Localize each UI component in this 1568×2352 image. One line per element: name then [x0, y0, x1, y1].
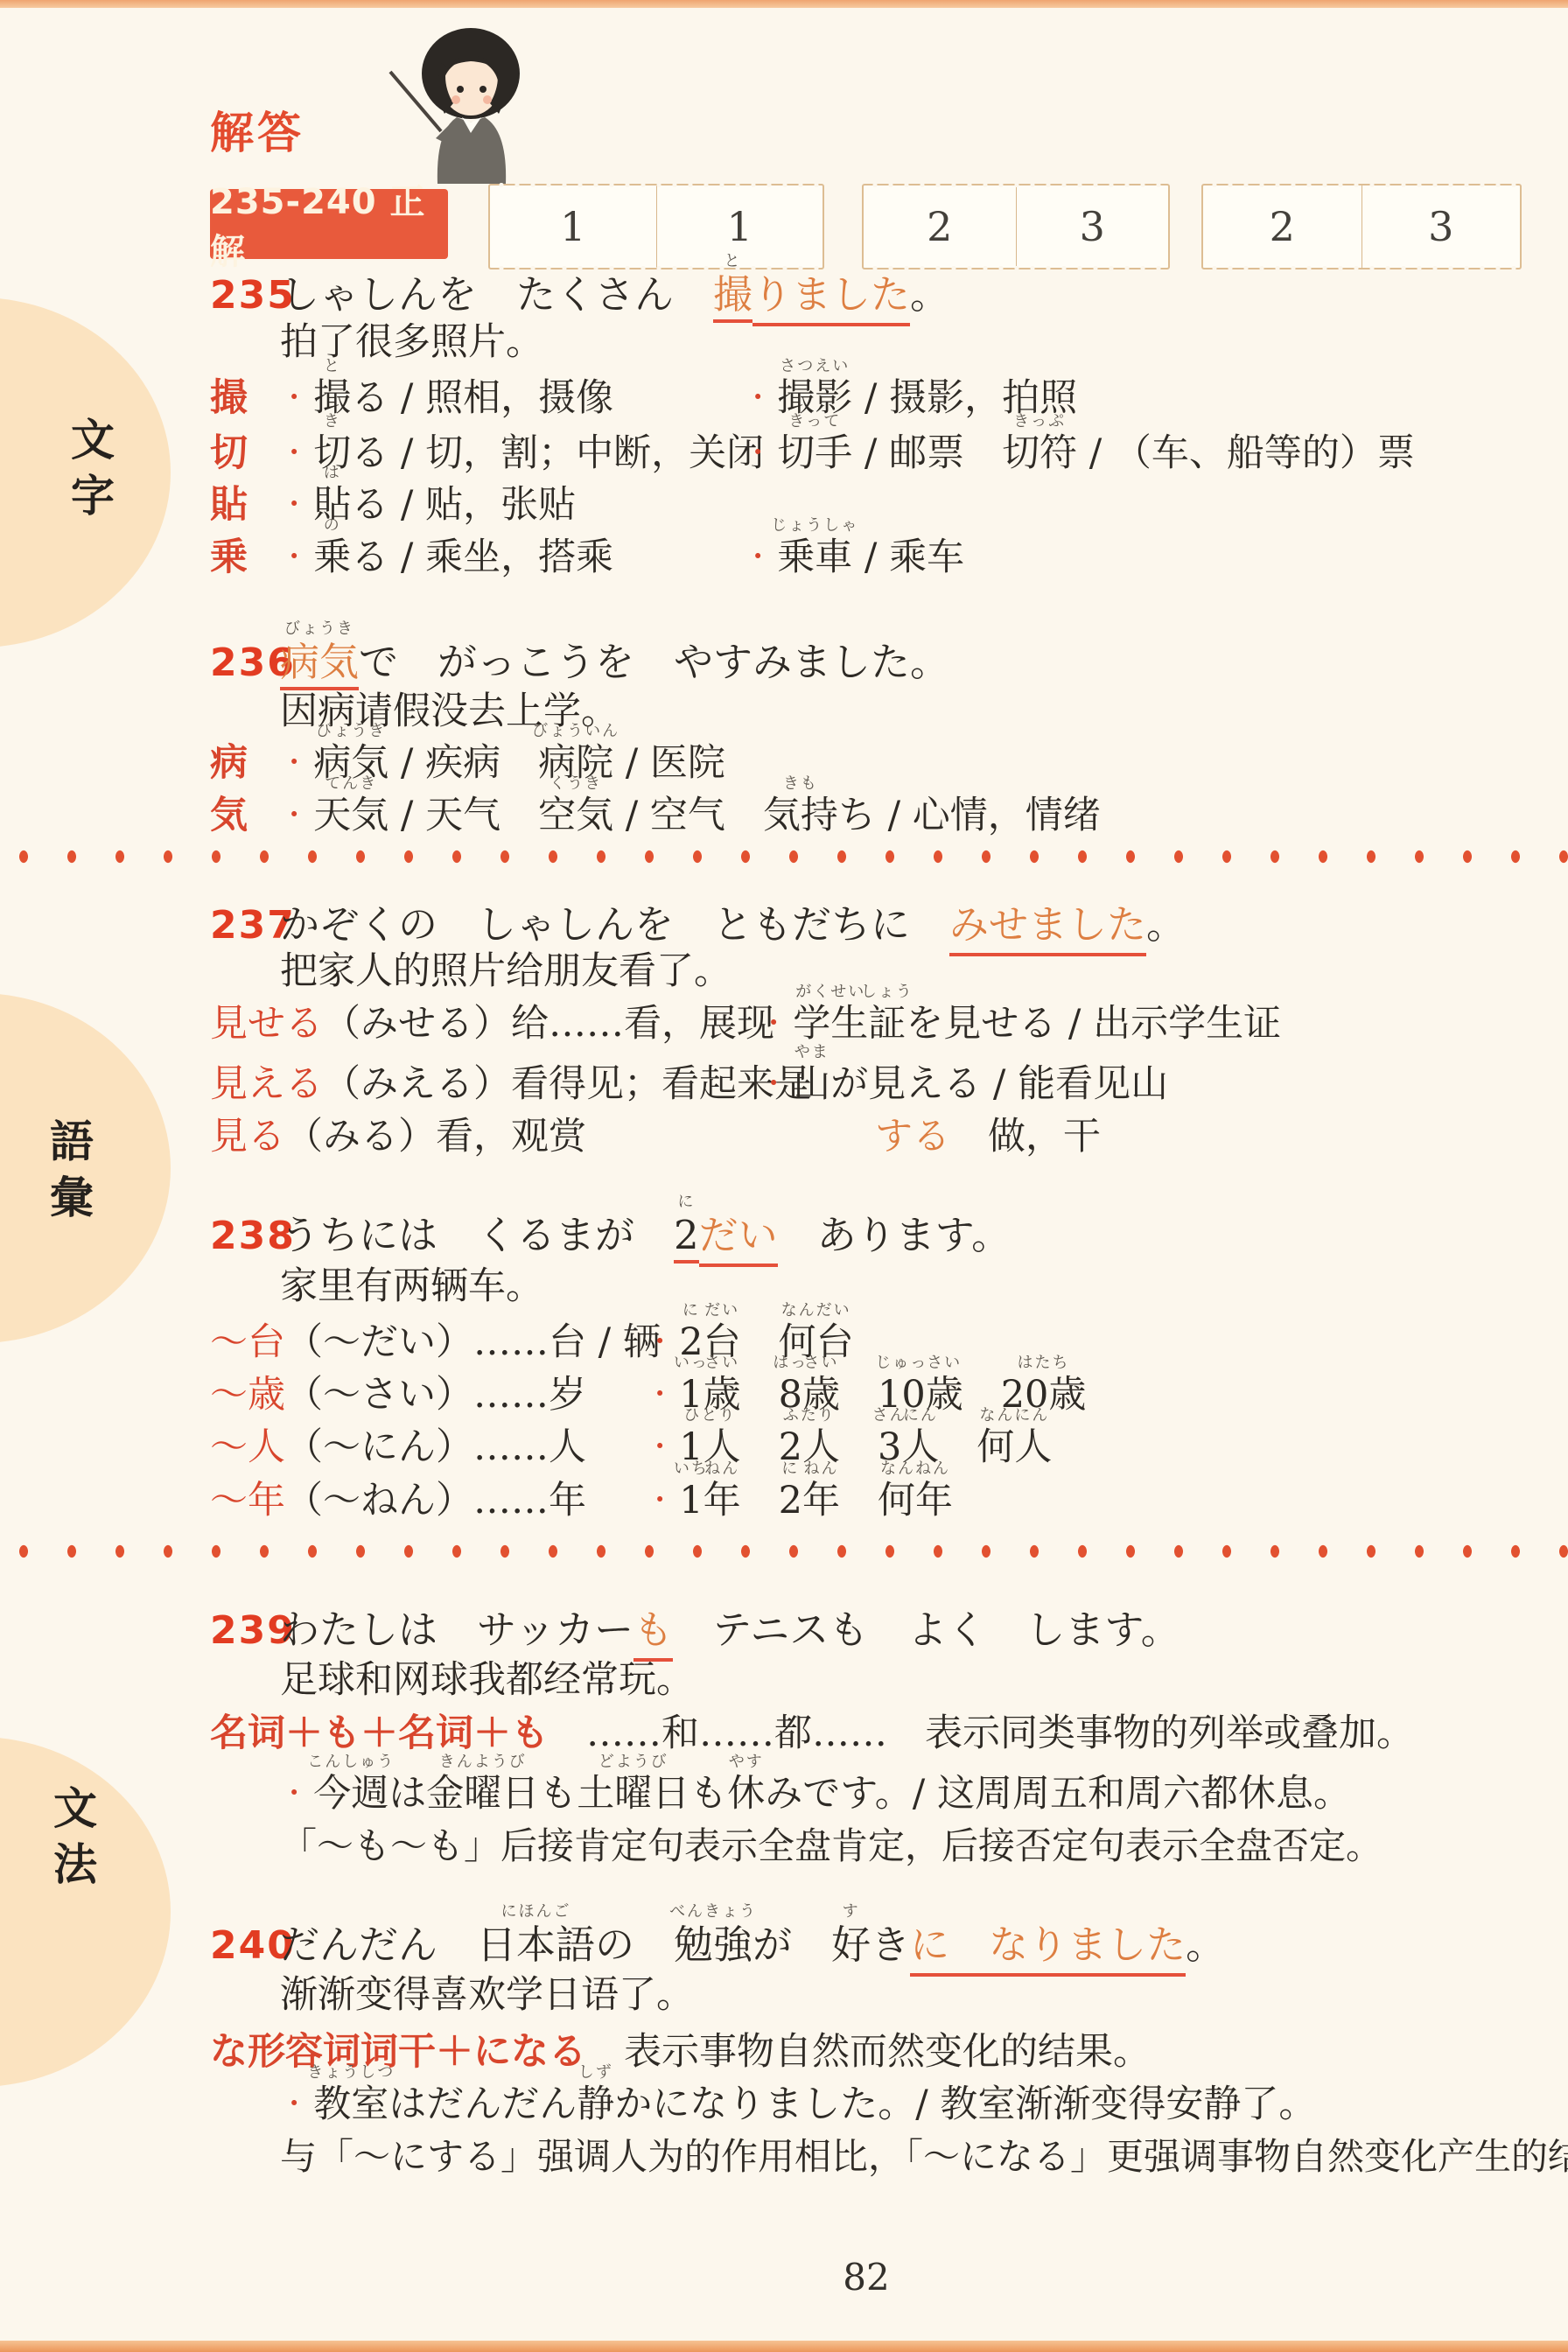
text-segment: はだんだん	[388, 2082, 577, 2126]
grammar-example-240: ・きょうしつ教室はだんだんしず静かになりました。/ 教室渐渐变得安静了。	[280, 2086, 1568, 2124]
page-title: 解答	[210, 98, 304, 161]
vocab-row-kiru: 切・き切る / 切，割；中断，关闭 ・きって切手 / 邮票 きっぷ切符 / （车…	[210, 435, 1540, 472]
text-segment: の	[595, 1921, 674, 1968]
vocab-example: ・やま山が見える / 能看见山	[759, 1066, 1168, 1103]
answer-stamp-group-2: 2 3	[862, 184, 1170, 269]
ruby-word: どようび土曜日	[577, 1775, 689, 1813]
ruby-word: くうき空気	[538, 797, 613, 835]
text-segment: （～にん）……人	[285, 1425, 586, 1469]
furigana: びょうき	[284, 621, 354, 637]
translation-235: 拍了很多照片。	[280, 324, 1568, 361]
grammar-note-240: 与「～にする」强调人为的作用相比，「～になる」更强调事物自然变化产生的结果。	[280, 2138, 1568, 2175]
furigana: ひとり	[683, 1408, 736, 1424]
furigana: ふたり	[783, 1408, 836, 1424]
text-segment: る / 乘坐，搭乘	[351, 535, 613, 579]
question-238: 238うちには くるまが に2だい あります。	[210, 1215, 1540, 1263]
text-segment: みです。/ 这周周五和周六都休息。	[765, 1772, 1351, 1816]
text-segment: に なりました	[910, 1921, 1186, 1977]
furigana: す	[843, 1904, 860, 1920]
text-segment: かになりました。/ 教室渐渐变得安静了。	[614, 2082, 1316, 2126]
question-number: 236	[210, 644, 280, 682]
furigana: はっ	[773, 1355, 808, 1371]
vocab-row-mieru: 見える（みえる）看得见；看起来是 ・やま山が見える / 能看见山	[210, 1066, 1540, 1103]
text-segment: は	[388, 1772, 426, 1816]
question-text: うちには くるまが に2だい あります。	[280, 1212, 1011, 1258]
furigana: きも	[783, 776, 818, 792]
tab-moji: 文字	[58, 416, 121, 528]
text-segment: 表示事物自然而然变化的结果。	[586, 2030, 1151, 2074]
answer-stamp-group-3: 2 3	[1201, 184, 1522, 269]
page-top-edge	[0, 0, 1568, 8]
tab-bunpo: 文法	[40, 1785, 103, 1897]
vocab-row-noru: 乗・の乗る / 乘坐，搭乘 ・じょうしゃ乗車 / 乘车	[210, 539, 1540, 577]
question-text: しゃしんを たくさん と撮りました。	[280, 271, 949, 318]
vocab-row-haru: 貼・は貼る / 贴，张贴	[210, 486, 1540, 524]
text-segment: テニスも よく します。	[673, 1606, 1180, 1653]
list-bullet: ・	[646, 1377, 679, 1410]
ruby-word: しょう証	[868, 1005, 906, 1043]
text-segment: ～台	[210, 1320, 285, 1364]
text-segment: みせました	[949, 901, 1146, 956]
text-segment: しゃしんを たくさん	[280, 271, 713, 318]
question-235: 235しゃしんを たくさん と撮りました。	[210, 275, 1540, 323]
ruby-word: やま山	[793, 1066, 830, 1103]
text-segment: あります。	[778, 1212, 1011, 1258]
text-segment: / 医院	[613, 741, 725, 785]
text-segment: 。	[910, 271, 949, 318]
text-segment: で がっこうを やすみました。	[359, 639, 949, 685]
grammar-note-239: 「～も～も」后接肯定句表示全盘肯定，后接否定句表示全盘否定。	[280, 1828, 1568, 1865]
text-segment: だい	[699, 1212, 778, 1267]
text-segment: 。	[1146, 901, 1186, 948]
grammar-point-240: な形容词词干＋になる 表示事物自然而然变化的结果。	[210, 2033, 1540, 2071]
furigana: ねん	[704, 1461, 739, 1477]
furigana: だい	[704, 1303, 739, 1319]
ruby-word: に2	[779, 1482, 802, 1520]
text-segment: 名词＋も＋名词＋も	[210, 1711, 549, 1755]
furigana: はたち	[1018, 1355, 1070, 1371]
translation-236: 因病请假没去上学。	[280, 693, 1568, 731]
ruby-word: こんしゅう今週	[313, 1775, 388, 1813]
furigana: にほんご	[501, 1904, 571, 1920]
furigana: と	[724, 254, 742, 269]
ruby-word: ねん年	[802, 1482, 840, 1520]
text-segment: 見る	[210, 1115, 285, 1158]
ruby-word: と撮	[713, 275, 752, 323]
headword: 貼	[210, 486, 280, 524]
question-236: 236びょうき病気で がっこうを やすみました。	[210, 642, 1540, 690]
vocab-row-toru: 撮・と撮る / 照相，摄像 ・さつえい撮影 / 摄影，拍照	[210, 380, 1540, 417]
text-segment	[741, 1479, 779, 1522]
question-text: びょうき病気で がっこうを やすみました。	[280, 639, 949, 685]
list-bullet: ・	[280, 487, 313, 521]
vocab-row-miru: 見る（みる）看，观赏 する 做，干	[210, 1118, 1540, 1156]
vocab-entry: ・じょうしゃ乗車 / 乘车	[744, 539, 964, 577]
text-segment	[741, 1425, 779, 1469]
ruby-word: きも気持	[763, 797, 838, 835]
text-segment: を見せる / 出示学生证	[906, 1002, 1281, 1046]
text-segment: ち / 心情，情绪	[838, 794, 1101, 837]
list-bullet: ・	[744, 436, 777, 469]
furigana: さい	[704, 1355, 739, 1371]
text-segment: き	[871, 1921, 910, 1968]
list-bullet: ・	[759, 1006, 793, 1039]
vocab-row-nin: ～人（～にん）……人 ・ひとり1人 ふたり2人 さん3にん人 なんにん何人	[210, 1429, 1540, 1466]
ruby-word: べんきょう勉強	[674, 1925, 752, 1964]
answer-key-label: 235-240 正解	[210, 189, 448, 259]
text-segment: が見える / 能看见山	[830, 1062, 1168, 1106]
furigana: さつえい	[780, 359, 850, 374]
vocab-entry: ～歳（～さい）……岁	[210, 1376, 586, 1414]
vocab-entry: ・の乗る / 乘坐，搭乘	[280, 539, 613, 577]
translation-240: 渐渐变得喜欢学日语了。	[280, 1977, 1568, 2014]
text-segment: 。	[1186, 1921, 1225, 1968]
list-bullet: ・	[280, 436, 313, 469]
ruby-word: きょうしつ教室	[313, 2086, 388, 2124]
list-bullet: ・	[646, 1483, 679, 1516]
question-239: 239わたしは サッカーも テニスも よく します。	[210, 1610, 1540, 1650]
text-segment: な形容词词干＋になる	[210, 2030, 586, 2074]
vocab-row-miseru: 見せる（みせる）给……看，展现 ・がくせい学生しょう証を見せる / 出示学生证	[210, 1005, 1540, 1043]
furigana: こんしゅう	[307, 1754, 395, 1770]
furigana: いっ	[674, 1355, 709, 1371]
ruby-word: にほんご日本語	[477, 1925, 595, 1964]
text-segment: うちには くるまが	[280, 1212, 674, 1258]
question-text: だんだん にほんご日本語の べんきょう勉強が す好きに なりました。	[280, 1921, 1225, 1968]
text-segment: だんだん	[280, 1921, 477, 1968]
answer-235: 1	[490, 185, 656, 268]
list-bullet: ・	[744, 381, 777, 414]
headword: 切	[210, 435, 280, 472]
list-bullet: ・	[646, 1430, 679, 1463]
ruby-word: きんようび金曜日	[426, 1775, 539, 1813]
text-segment: （みえる）看得见；看起来是	[323, 1062, 812, 1106]
furigana: びょうき	[316, 724, 386, 739]
furigana: どようび	[598, 1754, 668, 1770]
translation-237: 把家人的照片给朋友看了。	[280, 953, 1568, 990]
text-segment	[741, 1373, 779, 1417]
furigana: に	[781, 1461, 799, 1477]
furigana: いち	[674, 1461, 709, 1477]
headword: 病	[210, 745, 280, 782]
vocab-entry: する 做，干	[875, 1118, 1101, 1156]
question-number: 239	[210, 1612, 280, 1650]
vocab-entry: ～人（～にん）……人	[210, 1429, 586, 1466]
text-segment: 見える	[210, 1062, 323, 1106]
text-segment: る / 照相，摄像	[351, 376, 613, 420]
text-segment: る / 切，割；中断，关闭	[351, 431, 764, 475]
question-237: 237かぞくの しゃしんを ともだちに みせました。	[210, 905, 1540, 945]
furigana: き	[324, 414, 341, 430]
grammar-point-239: 名词＋も＋名词＋も ……和……都…… 表示同类事物的列举或叠加。	[210, 1715, 1540, 1753]
furigana: と	[324, 359, 341, 374]
translation-238: 家里有两辆车。	[280, 1268, 1568, 1305]
ruby-word: なんねん何年	[878, 1482, 953, 1520]
grammar-example-239: ・こんしゅう今週はきんようび金曜日もどようび土曜日もやす休みです。/ 这周周五和…	[280, 1775, 1568, 1813]
answer-238: 3	[1016, 185, 1169, 268]
ruby-word: ねん年	[703, 1482, 741, 1520]
headword: 乗	[210, 539, 280, 577]
furigana: しず	[578, 2065, 613, 2081]
list-bullet: ・	[280, 745, 313, 779]
ruby-word: しず静	[577, 2086, 614, 2124]
list-bullet: ・	[280, 798, 313, 831]
vocab-entry: ・てんき天気 / 天气 くうき空気 / 空气 きも気持ち / 心情，情绪	[280, 797, 1101, 835]
furigana: に	[682, 1303, 700, 1319]
ruby-word: の乗	[313, 539, 351, 577]
text-segment: / 乘车	[852, 535, 964, 579]
furigana: さん	[872, 1408, 907, 1424]
page-bottom-edge	[0, 2341, 1568, 2352]
answer-stamp-group-1: 1 1	[488, 184, 824, 269]
furigana: にん	[903, 1408, 938, 1424]
answer-240: 3	[1361, 185, 1521, 268]
page-number: 82	[210, 2256, 1522, 2299]
furigana: きんようび	[439, 1754, 527, 1770]
vocab-row-nen: ～年（～ねん）……年 ・いち1ねん年 に2ねん年 なんねん何年	[210, 1482, 1540, 1520]
text-segment: / 疾病	[388, 741, 538, 785]
text-segment: （～だい）……台 / 辆	[285, 1320, 661, 1364]
ruby-word: す好	[831, 1925, 871, 1964]
furigana: に	[677, 1194, 695, 1210]
vocab-entry: ・きって切手 / 邮票 きっぷ切符 / （车、船等的）票	[744, 435, 1415, 472]
vocab-example: ・いち1ねん年 に2ねん年 なんねん何年	[646, 1482, 953, 1520]
text-segment: する	[875, 1115, 950, 1158]
vocab-row-byou: 病・びょうき病気 / 疾病 びょういん病院 / 医院	[210, 745, 1540, 782]
text-segment	[840, 1479, 878, 1522]
text-segment: かぞくの しゃしんを ともだちに	[280, 901, 949, 948]
text-segment: / （车、船等的）票	[1077, 431, 1415, 475]
furigana: ねん	[803, 1461, 838, 1477]
furigana: さい	[803, 1355, 838, 1371]
furigana: やま	[794, 1045, 829, 1060]
furigana: がくせい	[795, 984, 865, 1000]
ruby-word: てんき天気	[313, 797, 388, 835]
ruby-word: いち1	[679, 1482, 703, 1520]
vocab-example: ・がくせい学生しょう証を見せる / 出示学生证	[759, 1005, 1281, 1043]
vocab-entry: 見せる（みせる）给……看，展现	[210, 1005, 774, 1043]
text-segment: も	[689, 1772, 727, 1816]
text-segment: / 空气	[613, 794, 763, 837]
question-number: 238	[210, 1217, 280, 1256]
vocab-entry: ～台（～だい）……台 / 辆	[210, 1324, 661, 1361]
furigana: きょうしつ	[307, 2065, 395, 2081]
text-segment: 見せる	[210, 1002, 323, 1046]
furigana: べんきょう	[669, 1904, 757, 1920]
text-segment: ……和……都…… 表示同类事物的列举或叠加。	[549, 1711, 1414, 1755]
mascot-illustration	[366, 19, 569, 194]
furigana: なんねん	[880, 1461, 950, 1477]
text-segment: ～年	[210, 1479, 285, 1522]
furigana: きっぷ	[1013, 414, 1066, 430]
ruby-word: に2	[674, 1215, 699, 1263]
furigana: びょういん	[532, 724, 619, 739]
text-segment: ～歳	[210, 1373, 285, 1417]
question-number: 235	[210, 276, 280, 315]
furigana: は	[324, 465, 341, 481]
text-segment: （みせる）给……看，展现	[323, 1002, 774, 1046]
furigana: なんだい	[781, 1303, 851, 1319]
furigana: なんにん	[979, 1408, 1049, 1424]
question-text: わたしは サッカーも テニスも よく します。	[280, 1606, 1180, 1662]
list-bullet: ・	[280, 1776, 313, 1809]
ruby-word: じょうしゃ乗車	[777, 539, 852, 577]
furigana: じょうしゃ	[771, 518, 858, 534]
answer-239: 2	[1203, 185, 1361, 268]
text-segment: も	[633, 1606, 673, 1662]
list-bullet: ・	[280, 381, 313, 414]
vocab-row-ki: 気・てんき天気 / 天气 くうき空気 / 空气 きも気持ち / 心情，情绪	[210, 797, 1540, 835]
answer-237: 2	[864, 185, 1016, 268]
ruby-word: きっぷ切符	[1002, 435, 1077, 472]
text-segment: も	[539, 1772, 577, 1816]
text-segment: （～さい）……岁	[285, 1373, 586, 1417]
text-segment	[840, 1425, 878, 1469]
dotted-separator-2	[0, 1540, 1568, 1563]
list-bullet: ・	[759, 1067, 793, 1100]
question-text: かぞくの しゃしんを ともだちに みせました。	[280, 901, 1186, 956]
question-240: 240だんだん にほんご日本語の べんきょう勉強が す好きに なりました。	[210, 1925, 1540, 1965]
list-bullet: ・	[744, 540, 777, 573]
translation-239: 足球和网球我都经常玩。	[280, 1662, 1568, 1699]
vocab-entry: 見る（みる）看，观赏	[210, 1118, 586, 1156]
ruby-word: やす休	[727, 1775, 765, 1813]
text-segment: りました	[752, 271, 910, 326]
text-segment: る / 贴，张贴	[351, 483, 576, 527]
furigana: じゅっ	[875, 1355, 927, 1371]
text-segment: （みる）看，观赏	[285, 1115, 586, 1158]
furigana: の	[324, 518, 341, 534]
question-number: 240	[210, 1927, 280, 1965]
tab-goi: 語彙	[37, 1118, 100, 1230]
ruby-word: なんにん何人	[976, 1429, 1052, 1466]
ruby-word: びょうき病気	[280, 642, 359, 690]
text-segment: ～人	[210, 1425, 285, 1469]
dotted-separator-1	[0, 845, 1568, 868]
text-segment: 做，干	[950, 1115, 1101, 1158]
text-segment: （～ねん）……年	[285, 1479, 586, 1522]
ruby-word: がくせい学生	[793, 1005, 868, 1043]
furigana: てんき	[325, 776, 377, 792]
question-number: 237	[210, 906, 280, 945]
furigana: くうき	[549, 776, 602, 792]
vocab-entry: 見える（みえる）看得见；看起来是	[210, 1066, 812, 1103]
list-bullet: ・	[280, 540, 313, 573]
text-segment: が	[752, 1921, 831, 1968]
furigana: さい	[927, 1355, 962, 1371]
vocab-entry: ・き切る / 切，割；中断，关闭	[280, 435, 764, 472]
text-segment: / 天气	[388, 794, 538, 837]
headword: 撮	[210, 380, 280, 417]
headword: 気	[210, 797, 280, 835]
list-bullet: ・	[280, 2087, 313, 2120]
vocab-entry: ～年（～ねん）……年	[210, 1482, 586, 1520]
ruby-word: きって切手	[777, 435, 852, 472]
text-segment: / 邮票	[852, 431, 1002, 475]
furigana: しょう	[861, 984, 913, 1000]
furigana: やす	[729, 1754, 764, 1770]
furigana: きって	[788, 414, 841, 430]
text-segment: わたしは サッカー	[280, 1606, 633, 1653]
